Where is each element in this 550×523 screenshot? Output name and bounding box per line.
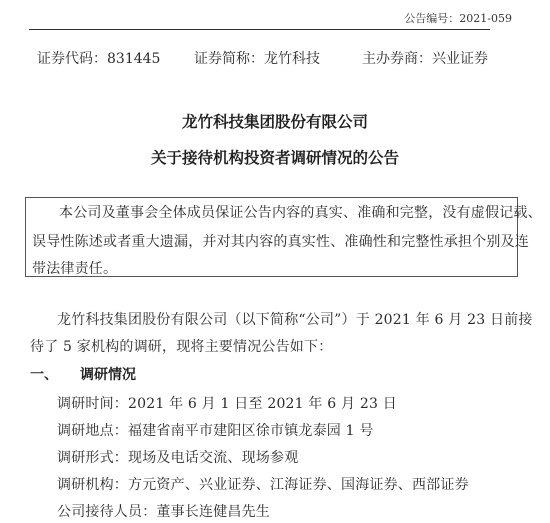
- security-short-name: 证券简称：龙竹科技: [194, 48, 320, 68]
- research-format: 调研形式：现场及电话交流、现场参观: [57, 447, 298, 467]
- research-time: 调研时间：2021 年 6 月 1 日至 2021 年 6 月 23 日: [57, 393, 397, 413]
- intro-paragraph-line: 待了 5 家机构的调研，现将主要情况公告如下：: [30, 336, 332, 356]
- disclaimer-line: 误导性陈述或者重大遗漏，并对其内容的真实性、准确性和完整性承担个别及连: [32, 231, 529, 251]
- company-title: 龙竹科技集团股份有限公司: [0, 110, 550, 132]
- intro-paragraph-line: 龙竹科技集团股份有限公司（以下简称“公司”）于 2021 年 6 月 23 日前…: [57, 309, 533, 329]
- research-location: 调研地点：福建省南平市建阳区徐市镇龙泰园 1 号: [57, 420, 374, 440]
- header-divider: [29, 29, 490, 30]
- section-number: 一、: [30, 364, 58, 384]
- research-institutions: 调研机构：方元资产、兴业证券、江海证券、国海证券、西部证券: [57, 474, 469, 494]
- section-title: 调研情况: [80, 364, 136, 384]
- security-code: 证券代码：831445: [37, 48, 160, 68]
- sponsor-broker: 主办券商：兴业证券: [362, 48, 488, 68]
- announcement-number: 公告编号：2021-059: [404, 10, 512, 26]
- announcement-subject: 关于接待机构投资者调研情况的公告: [0, 146, 550, 168]
- company-reception-staff: 公司接待人员：董事长连健昌先生: [57, 501, 270, 521]
- disclaimer-line: 带法律责任。: [32, 258, 117, 278]
- disclaimer-line: 本公司及董事会全体成员保证公告内容的真实、准确和完整，没有虚假记载、: [59, 202, 542, 222]
